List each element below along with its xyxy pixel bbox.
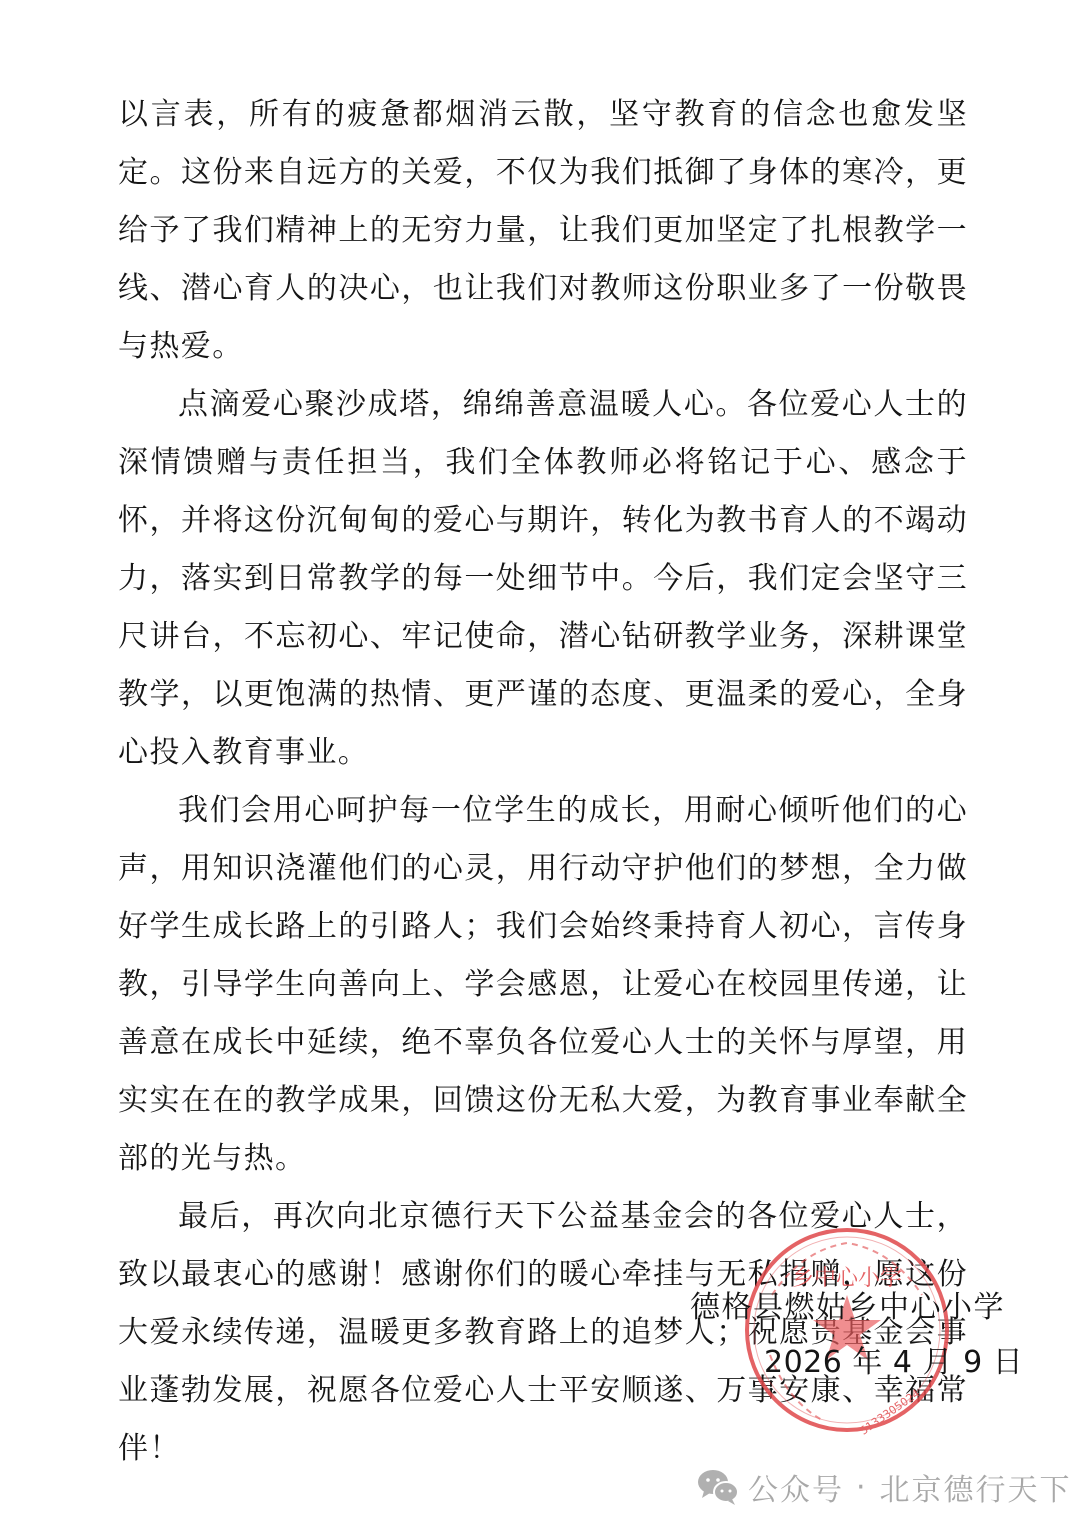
letter-paragraph-3: 我们会用心呵护每一位学生的成长，用耐心倾听他们的心声，用知识浇灌他们的心灵，用行… bbox=[118, 782, 968, 1188]
footer-label: 公众号 bbox=[748, 1465, 844, 1509]
signature-date: 2026 年 4 月 9 日 bbox=[764, 1337, 1023, 1381]
letter-paragraph-2: 点滴爱心聚沙成塔，绵绵善意温暖人心。各位爱心人士的深情馈赠与责任担当，我们全体教… bbox=[118, 376, 968, 782]
official-seal-stamp: 乡中心小学 5133305024 bbox=[742, 1225, 952, 1435]
wechat-account-footer[interactable]: 公众号 · 北京德行天下 bbox=[696, 1462, 1072, 1512]
footer-separator: · bbox=[856, 1470, 868, 1505]
svg-text:5133305024: 5133305024 bbox=[858, 1387, 923, 1435]
wechat-icon bbox=[696, 1467, 740, 1507]
signature-school-name: 德格县燃姑乡中心小学 bbox=[690, 1282, 1005, 1326]
letter-paragraph-1: 以言表，所有的疲惫都烟消云散，坚守教育的信念也愈发坚定。这份来自远方的关爱，不仅… bbox=[118, 86, 968, 376]
footer-account-name[interactable]: 北京德行天下 bbox=[880, 1465, 1072, 1509]
